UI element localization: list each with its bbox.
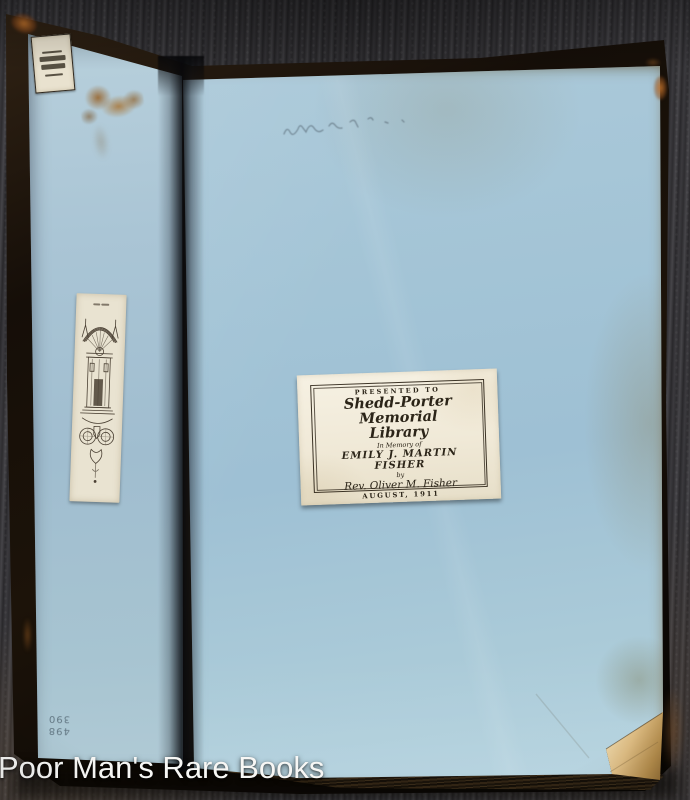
fore-edge-wear-bottom-right [662, 688, 684, 774]
ticket-text-line [39, 55, 66, 62]
pencil-call-number: 498 390 [30, 712, 70, 737]
binders-ticket [31, 33, 76, 93]
pencil-line: 498 [30, 724, 70, 737]
book-photo-scene: PRESENTED TO Shedd-Porter Memorial Libra… [0, 0, 690, 800]
ticket-text-line [45, 74, 63, 78]
tower-engraving-illustration [69, 293, 126, 503]
ticket-text-line [41, 63, 66, 70]
armorial-bookplate [69, 293, 126, 503]
gutter-shadow [158, 56, 204, 772]
plate-honoree: EMILY J. MARTIN FISHER [317, 446, 482, 474]
presentation-bookplate: PRESENTED TO Shedd-Porter Memorial Libra… [297, 369, 501, 506]
plate-recipient-line1: Shedd-Porter Memorial [316, 392, 481, 428]
plate-text-block: PRESENTED TO Shedd-Porter Memorial Libra… [315, 384, 482, 489]
leather-wear-spot-left-edge [23, 618, 32, 652]
pencil-line: 390 [30, 712, 70, 725]
watermark-text: Poor Man's Rare Books [0, 750, 324, 786]
page-corner-wear-top-right [654, 76, 667, 100]
ticket-text-line [42, 50, 62, 54]
plate-date: AUGUST, 1911 [362, 489, 440, 500]
page-edge-wear-top-right [645, 58, 661, 67]
glue-stain [77, 78, 147, 132]
